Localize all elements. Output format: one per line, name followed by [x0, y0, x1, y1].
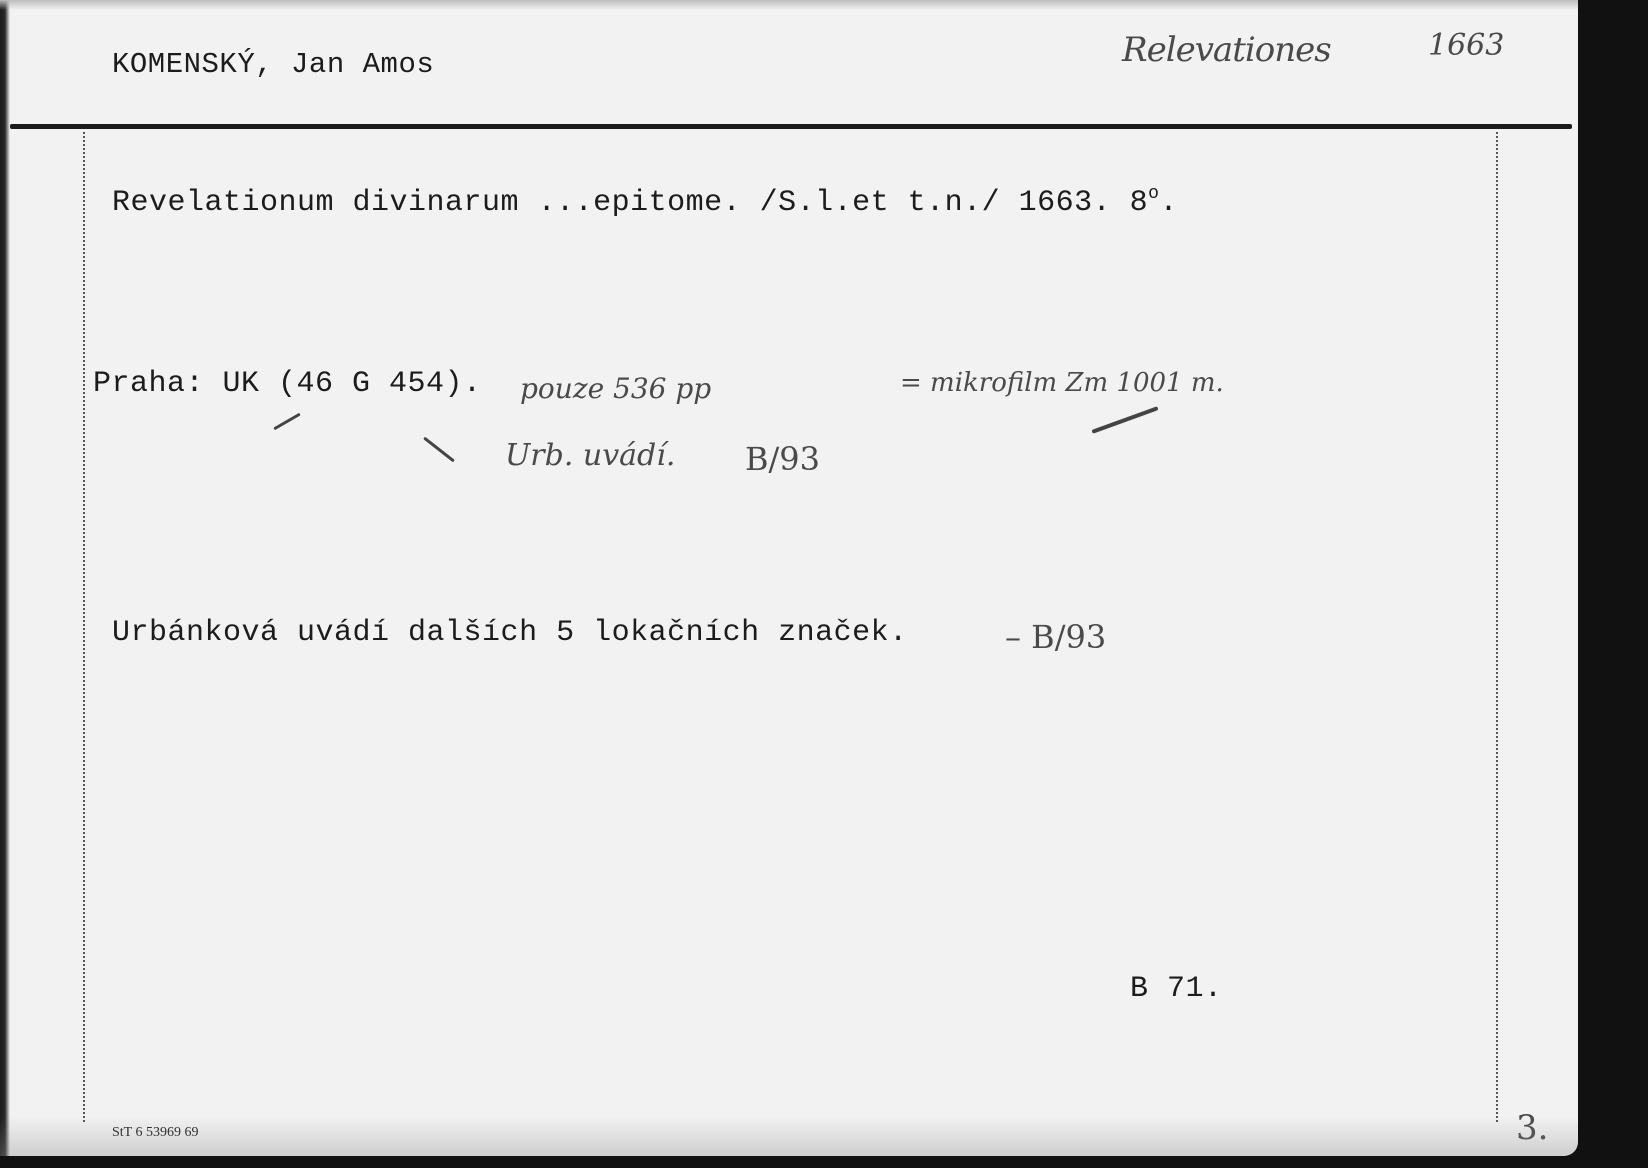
title-entry: Revelationum divinarum ...epitome. /S.l.… — [112, 184, 1178, 220]
card-top-shadow — [0, 0, 1578, 10]
left-margin-dotted-line — [83, 132, 85, 1122]
title-end: . — [1159, 186, 1178, 220]
handwritten-reference-2: – B/93 — [1005, 618, 1106, 656]
catalog-card: KOMENSKÝ, Jan Amos Relevationes 1663 Rev… — [0, 0, 1578, 1156]
handwritten-pages-note: pouze 536 pp — [520, 372, 711, 405]
card-number: 3. — [1516, 1108, 1548, 1148]
check-mark-icon — [1091, 406, 1158, 434]
heading-rule — [10, 124, 1572, 129]
handwritten-urb-note: Urb. uvádí. — [505, 438, 675, 473]
stroke-mark-icon — [423, 437, 455, 463]
check-mark-icon — [273, 413, 300, 431]
location-note: Urbánková uvádí dalších 5 lokačních znač… — [112, 616, 908, 650]
right-margin-dotted-line — [1496, 132, 1498, 1122]
handwritten-year: 1663 — [1428, 28, 1504, 63]
author-heading: KOMENSKÝ, Jan Amos — [112, 48, 434, 81]
handwritten-short-title: Relevationes — [1122, 30, 1331, 70]
format-degree: o — [1148, 184, 1159, 204]
holding-location: Praha: UK (46 G 454). — [93, 367, 482, 401]
shelfmark: B 71. — [1130, 972, 1223, 1006]
printer-mark: StT 6 53969 69 — [112, 1125, 198, 1141]
handwritten-microfilm-note: = mikrofilm Zm 1001 m. — [900, 368, 1224, 398]
title-text: Revelationum divinarum ...epitome. /S.l.… — [112, 186, 1148, 220]
handwritten-reference: B/93 — [745, 440, 820, 478]
